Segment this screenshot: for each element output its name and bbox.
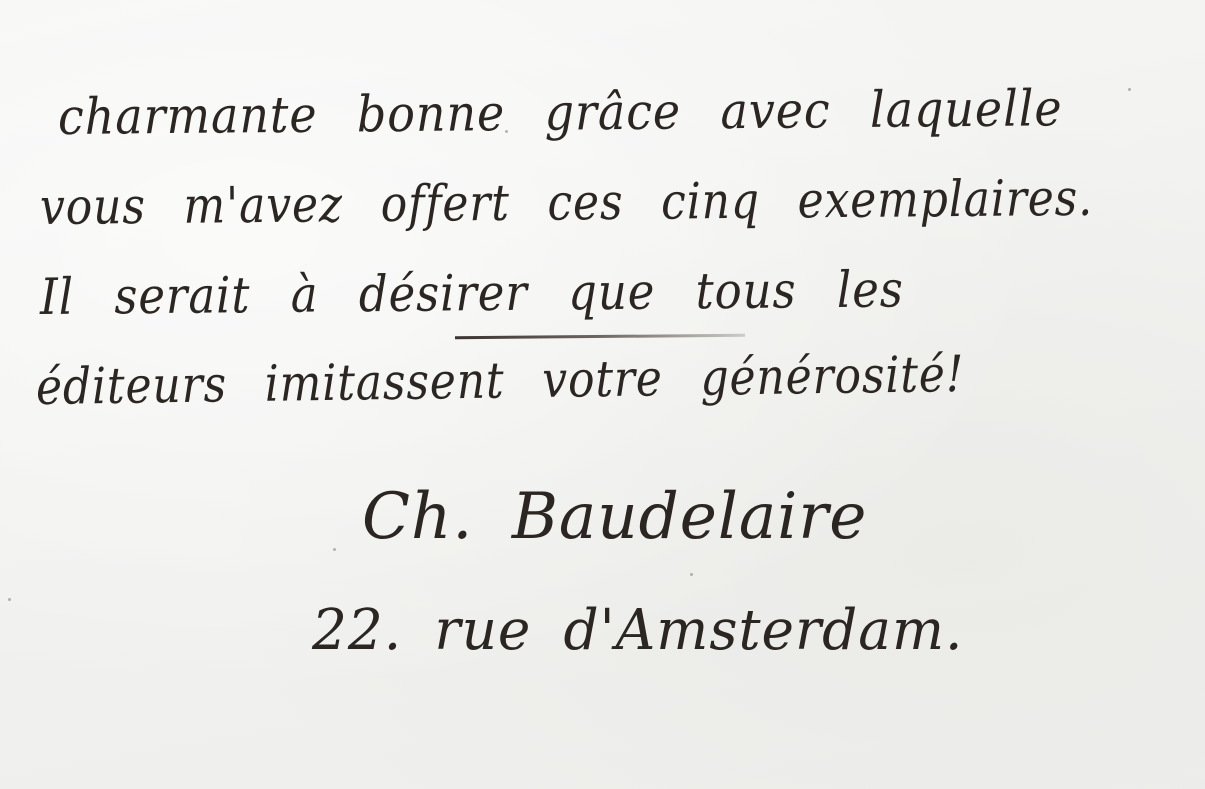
letter-line-2: vous m'avez offert ces cinq exemplaires. [40, 169, 1093, 236]
paper-speck [8, 598, 11, 601]
paper-speck [1128, 88, 1131, 91]
paper-speck [505, 130, 508, 133]
letter-line-1: charmante bonne grâce avec laquelle [58, 79, 1063, 146]
address: 22. rue d'Amsterdam. [312, 598, 963, 663]
letter-line-3: Il serait à désirer que tous les [40, 260, 904, 326]
signature: Ch. Baudelaire [362, 480, 867, 554]
paper-speck [333, 548, 336, 551]
paper-speck [690, 573, 693, 576]
